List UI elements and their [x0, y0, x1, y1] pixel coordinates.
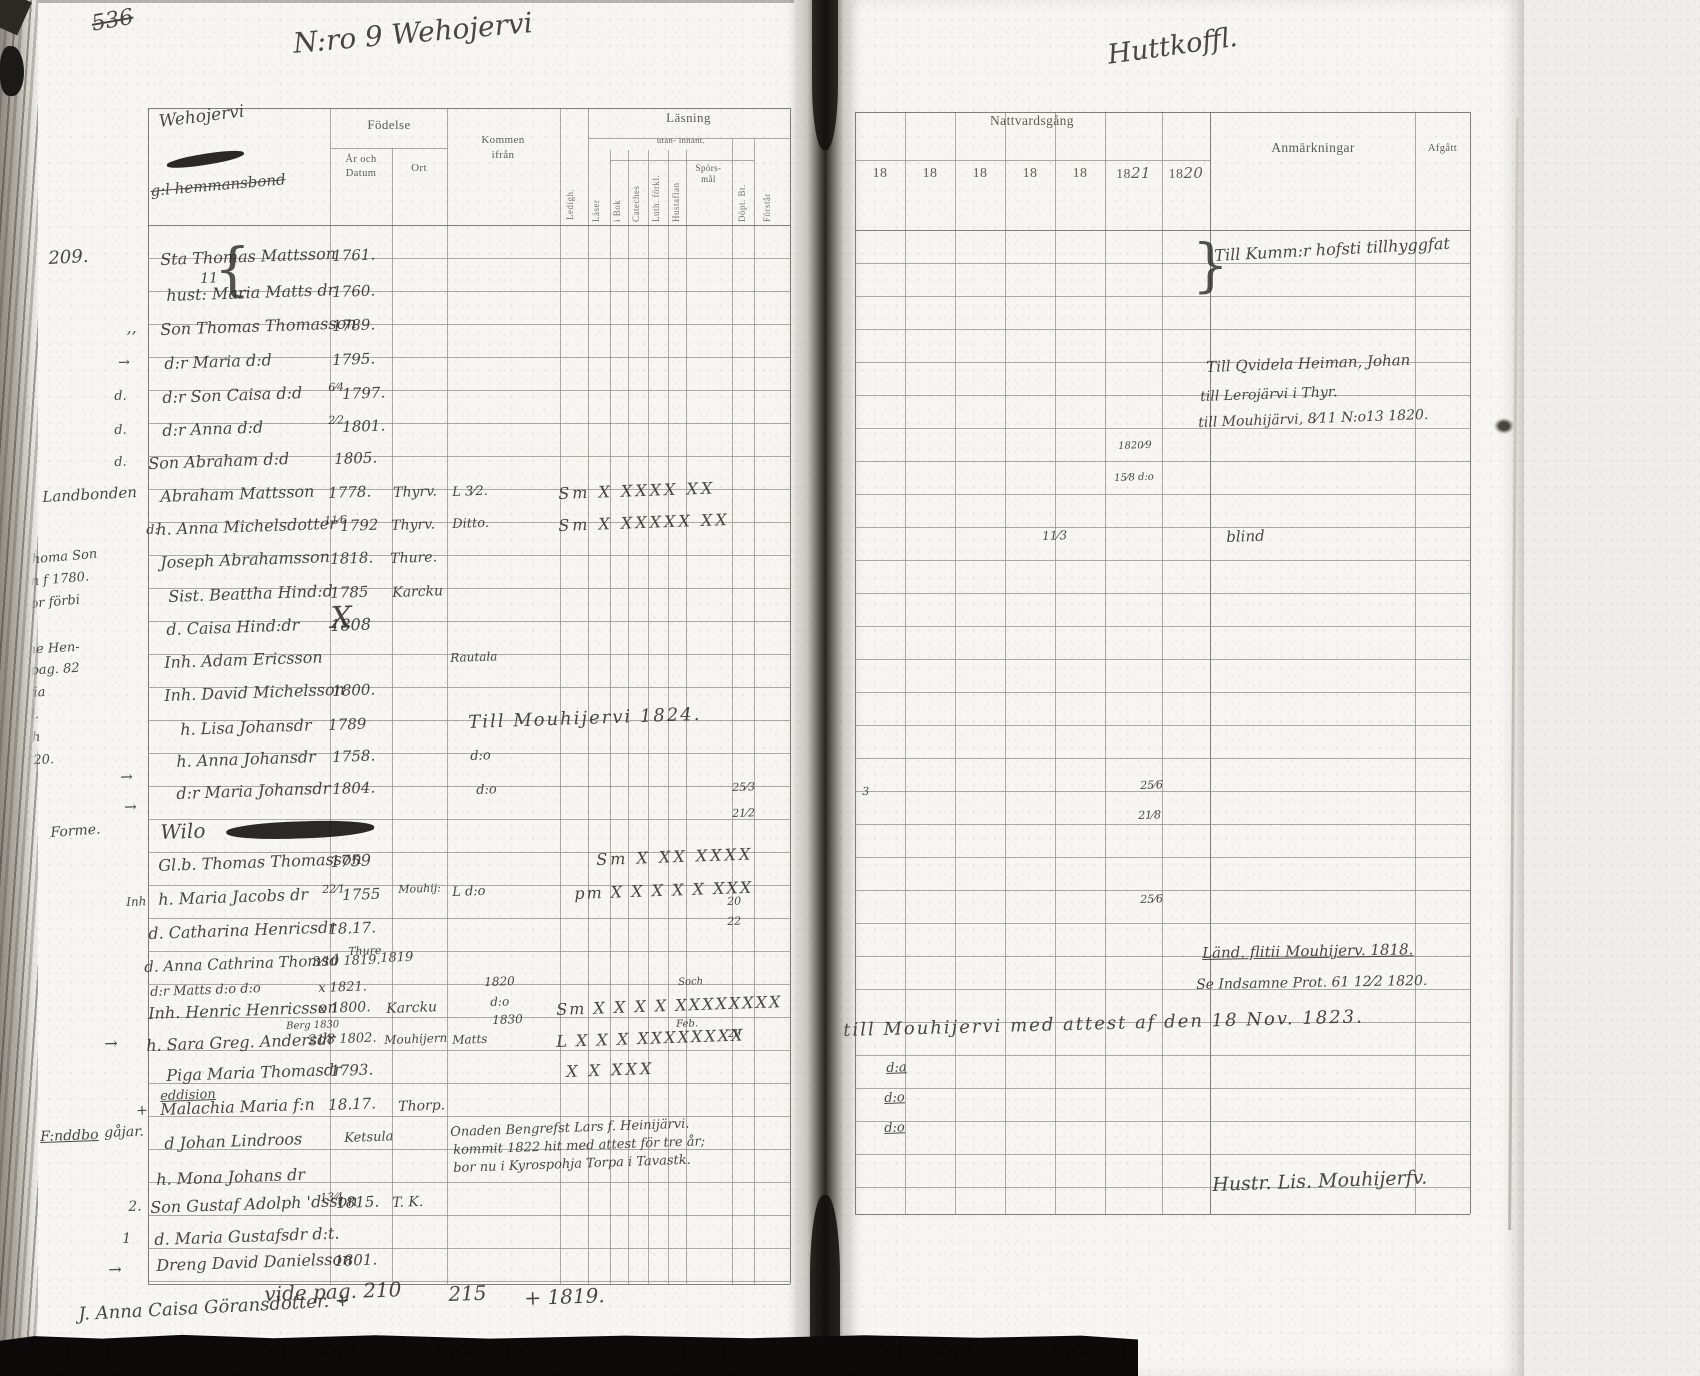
grid-line	[855, 1055, 1470, 1056]
handwriting-entry: ‚‚	[126, 320, 137, 336]
year-column-label: 18	[1005, 166, 1055, 181]
handwriting-entry: L 3⁄2.	[452, 485, 488, 499]
grid-line	[588, 108, 589, 1284]
handwriting-entry: →	[108, 1262, 122, 1278]
handwriting-entry: 1792	[340, 518, 379, 534]
handwriting-entry: 1819	[380, 951, 414, 965]
handwriting-entry: Wilo	[160, 820, 206, 842]
grid-line	[148, 1083, 790, 1084]
handwriting-entry: T. K.	[392, 1195, 424, 1210]
year-column-label: 18	[1055, 166, 1105, 181]
handwriting-entry: Ketsula	[344, 1130, 394, 1145]
year-column-label: 18	[905, 166, 955, 181]
handwriting-entry: 1758.	[332, 749, 375, 765]
grid-line	[855, 160, 1210, 161]
handwriting-entry: 21⁄8 1802.	[308, 1032, 377, 1047]
handwriting-entry: 1805.	[334, 451, 377, 467]
col-header-utan-innan: utan- innant.	[604, 136, 758, 145]
handwriting-entry: 209.	[48, 248, 89, 268]
book-binding-gutter	[786, 0, 862, 1376]
handwriting-entry: d:o	[884, 1121, 905, 1135]
handwriting-entry: + 1819.	[524, 1285, 605, 1308]
col-header-dopt: Döpt. Bt.	[737, 142, 747, 222]
handwriting-entry: h. Lisa Johansdr	[180, 717, 312, 738]
grid-line	[1162, 112, 1163, 1214]
grid-line	[148, 108, 149, 1284]
handwriting-entry: 1820	[484, 975, 515, 988]
handwriting-entry: 1830	[492, 1013, 523, 1026]
handwriting-entry: 1801.	[342, 419, 385, 435]
grid-line	[754, 138, 755, 1284]
handwriting-entry: 3	[862, 786, 869, 797]
col-header-lasning-sub: Cateches	[631, 150, 641, 222]
handwriting-entry: 1778.	[328, 485, 371, 501]
handwriting-entry: X X XXX	[566, 1061, 655, 1080]
handwriting-entry: 1761.	[332, 248, 375, 264]
handwriting-entry: X	[330, 603, 352, 634]
handwriting-entry: F:nddbo	[40, 1128, 99, 1144]
handwriting-entry: Mouhij:	[398, 883, 441, 895]
handwriting-entry: →	[104, 1036, 118, 1052]
col-header-sporsmal: Spörs-	[686, 164, 731, 174]
handwriting-entry: Soch	[678, 977, 703, 988]
handwriting-entry: Matts	[452, 1033, 488, 1046]
col-header-anmarkningar: Anmärkningar	[1212, 141, 1414, 156]
grid-line	[148, 1116, 790, 1117]
handwriting-entry: x 1821.	[318, 980, 367, 995]
handwriting-entry: Mouhijern	[384, 1032, 447, 1046]
col-header-datum: Datum	[331, 168, 391, 179]
handwriting-entry: 1789	[328, 717, 367, 733]
year-column-label: 18	[955, 166, 1005, 181]
handwriting-entry: →	[120, 770, 133, 785]
grid-line	[560, 108, 561, 1284]
handwriting-entry: d:o	[476, 783, 497, 797]
grid-line	[855, 1088, 1470, 1089]
grid-line	[855, 857, 1470, 858]
handwriting-entry: 1760.	[332, 284, 375, 300]
handwriting-entry: 2.	[128, 1200, 142, 1214]
handwriting-entry: 25⁄6	[1140, 893, 1163, 905]
col-header-nattvardsgang: Nattvardsgång	[855, 114, 1209, 129]
grid-line	[855, 263, 1470, 264]
grid-line	[855, 659, 1470, 660]
handwriting-entry: Thure.	[390, 550, 437, 566]
handwriting-entry: d.	[114, 390, 127, 403]
handwriting-entry: Thyrv.	[393, 484, 437, 500]
col-header-lasning-sub: Luth. förkl.	[651, 150, 661, 222]
handwriting-entry: 1785	[330, 585, 369, 601]
scan-left-edge	[0, 0, 38, 1376]
col-header-mal: mål	[686, 175, 731, 185]
handwriting-entry: 21⁄2	[732, 807, 755, 819]
handwriting-entry: 1793.	[330, 1063, 373, 1079]
grid-line	[855, 296, 1470, 297]
grid-line	[855, 560, 1470, 561]
handwriting-entry: d Johan Lindroos	[164, 1131, 303, 1152]
grid-line	[855, 692, 1470, 693]
grid-line	[855, 593, 1470, 594]
handwriting-entry: Forme.	[50, 823, 101, 840]
handwriting-entry: 18.17.	[328, 920, 376, 937]
scanned-parish-register-spread: Födelse År och Datum Ort Kommen ifrån Le…	[0, 0, 1700, 1376]
handwriting-entry: Karcku	[392, 584, 443, 600]
grid-line	[955, 112, 956, 1214]
ink-speck	[1494, 418, 1514, 434]
grid-line	[148, 918, 790, 919]
handwriting-entry: 20	[728, 1030, 741, 1040]
grid-line	[855, 527, 1470, 528]
handwriting-entry: 1804.	[332, 781, 375, 797]
grid-line	[855, 428, 1470, 429]
handwriting-entry: d:r Maria d:d	[164, 352, 272, 372]
handwriting-entry: 1800.	[332, 683, 375, 699]
grid-line	[855, 395, 1470, 396]
handwriting-entry: d:r Anna d:d	[162, 419, 264, 439]
handwriting-entry: 25⁄6	[1140, 779, 1163, 791]
handwriting-entry: d.	[114, 424, 127, 437]
col-header-ar-och: År och	[331, 154, 391, 165]
grid-line	[1470, 112, 1471, 1214]
handwriting-entry: 1820⁄9	[1118, 441, 1152, 452]
handwriting-entry: d:o	[884, 1091, 905, 1105]
grid-line	[148, 108, 790, 109]
handwriting-entry: d:r Matts d:o d:o	[150, 982, 261, 999]
handwriting-entry: 1755	[342, 887, 381, 903]
grid-line	[855, 230, 1470, 231]
grid-line	[855, 329, 1470, 330]
grid-line	[855, 923, 1470, 924]
grid-line	[732, 138, 733, 1284]
handwriting-entry: Inh	[126, 895, 147, 908]
col-header-afgatt: Afgått	[1416, 143, 1469, 154]
grid-line	[855, 494, 1470, 495]
handwriting-entry: 1	[122, 1232, 131, 1246]
col-header-ledig: Ledigh.	[565, 146, 575, 220]
grid-line	[855, 112, 1470, 113]
handwriting-entry: d.	[114, 456, 127, 469]
handwriting-entry: d. Caisa Hind:dr	[166, 617, 300, 638]
handwriting-entry: 15⁄8 d:o	[1114, 473, 1154, 484]
handwriting-entry: d:a	[886, 1061, 907, 1075]
handwriting-entry: d:o	[470, 749, 491, 763]
handwriting-entry: Thyrv.	[391, 517, 435, 533]
handwriting-entry: 1789.	[332, 318, 375, 334]
scan-bottom-black-strip	[0, 1334, 1138, 1376]
handwriting-entry: 11⁄3	[1042, 529, 1067, 542]
grid-line	[148, 1248, 790, 1249]
col-header-ifran: ifrån	[447, 150, 559, 162]
handwriting-entry: blind	[1226, 529, 1265, 545]
page-top-edge	[38, 0, 794, 3]
grid-line	[1415, 112, 1416, 1214]
handwriting-entry: 1759	[330, 853, 371, 870]
grid-line	[855, 1214, 1470, 1215]
handwriting-entry: 21⁄8	[1138, 809, 1161, 821]
grid-line	[392, 148, 393, 1284]
grid-line	[1055, 112, 1056, 1214]
handwriting-entry: →	[118, 356, 130, 370]
grid-line	[855, 1121, 1470, 1122]
handwriting-entry: 1818.	[330, 551, 373, 567]
grid-line	[148, 225, 790, 226]
handwriting-entry: L d:o	[452, 885, 486, 899]
grid-line	[855, 1154, 1470, 1155]
col-header-lasning-sub: i Bok	[612, 150, 622, 222]
handwriting-entry: d:o	[490, 995, 509, 1008]
handwriting-entry: 25⁄3	[732, 781, 755, 793]
grid-line	[148, 1215, 790, 1216]
handwriting-entry: 1795.	[332, 352, 375, 368]
handwriting-entry: x 1800.	[318, 1000, 371, 1016]
grid-line	[855, 890, 1470, 891]
handwriting-entry: Se Indsamne Prot. 61 12⁄2 1820.	[1196, 974, 1428, 992]
year-column-label: 1820	[1162, 166, 1210, 182]
grid-line	[855, 758, 1470, 759]
handwriting-entry: Karcku	[386, 1000, 437, 1016]
handwriting-entry: Länd. flitii Mouhijerv. 1818.	[1202, 942, 1414, 961]
handwriting-entry: 1797.	[342, 386, 385, 402]
handwriting-entry: 3⁄10 1819.	[312, 954, 381, 969]
col-header-lasning: Läsning	[588, 111, 789, 125]
handwriting-entry: 22	[727, 916, 741, 927]
col-header-forstar: Förstår	[762, 142, 772, 222]
grid-line	[1105, 112, 1106, 1214]
grid-line	[855, 626, 1470, 627]
col-header-fodelse: Födelse	[331, 118, 447, 132]
year-column-label: 18	[855, 166, 905, 181]
col-header-ort: Ort	[392, 163, 446, 175]
col-header-kommen: Kommen	[447, 135, 559, 147]
handwriting-entry: +	[136, 1104, 148, 1118]
handwriting-entry: 1815.	[336, 1195, 379, 1211]
grid-line	[855, 824, 1470, 825]
year-column-label: 1821	[1105, 166, 1162, 182]
handwriting-entry: 1801.	[334, 1253, 377, 1269]
grid-line	[905, 112, 906, 1214]
handwriting-entry: Rautala	[450, 650, 498, 664]
grid-line	[447, 108, 448, 1284]
handwriting-entry: Thorp.	[398, 1098, 445, 1114]
handwriting-entry: Ditto.	[452, 517, 489, 531]
handwriting-entry: 215	[448, 1283, 487, 1304]
grid-line	[148, 819, 790, 820]
handwriting-entry: →	[124, 800, 137, 815]
grid-line	[855, 725, 1470, 726]
handwriting-entry: gåjar.	[104, 1125, 144, 1140]
grid-line	[1005, 112, 1006, 1214]
grid-line	[855, 461, 1470, 462]
handwriting-entry: 18.17.	[328, 1096, 376, 1113]
col-header-lasning-sub: Hustaflan	[671, 150, 681, 222]
grid-line	[148, 951, 790, 952]
grid-line	[330, 148, 447, 149]
col-header-lasning-sub: Läser	[591, 150, 601, 222]
